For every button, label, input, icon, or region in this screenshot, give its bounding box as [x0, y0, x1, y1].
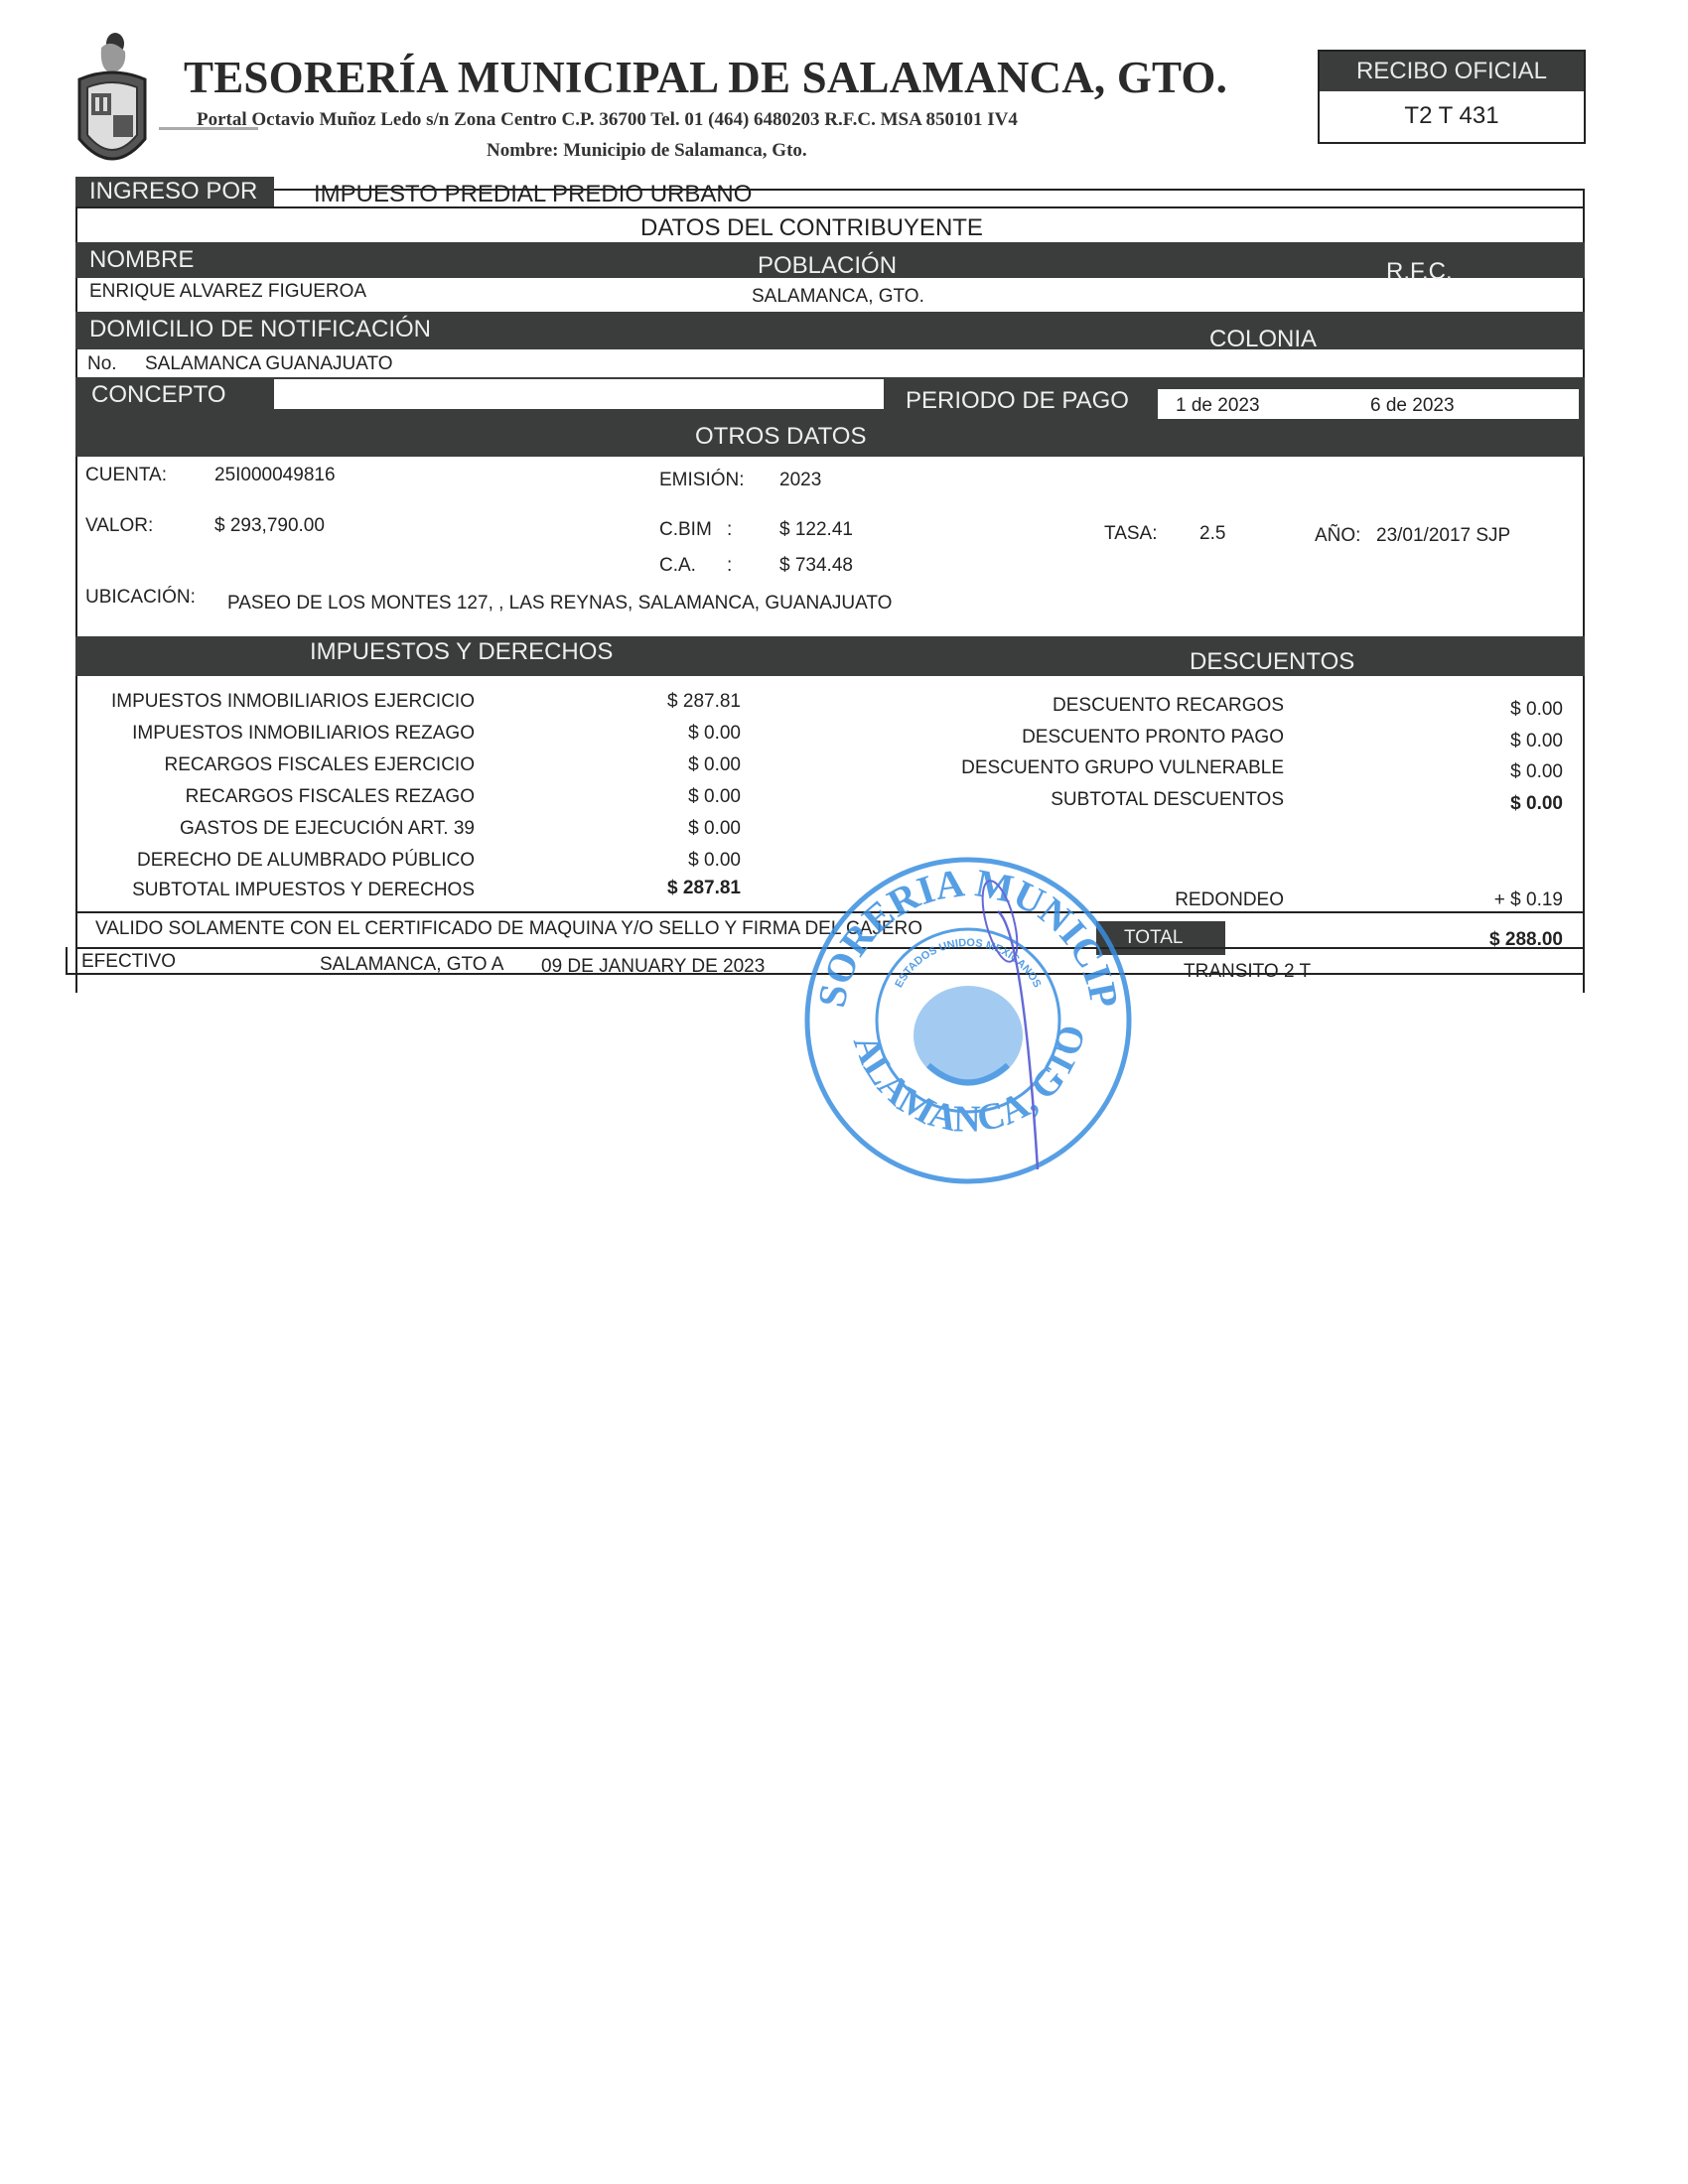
cbim-label: C.BIM	[659, 519, 712, 541]
svg-text:ESTADOS UNIDOS MEXICANOS: ESTADOS UNIDOS MEXICANOS	[893, 937, 1043, 990]
impuestos-title: IMPUESTOS Y DERECHOS	[310, 638, 613, 666]
redondeo-label: REDONDEO	[1092, 889, 1284, 911]
row-divider	[75, 206, 1585, 208]
ca-label: C.A.	[659, 555, 696, 577]
emision-label: EMISIÓN:	[659, 470, 745, 491]
periodo-from: 1 de 2023	[1176, 395, 1260, 417]
impuesto-item-label: DERECHO DE ALUMBRADO PÚBLICO	[79, 850, 475, 872]
receipt-number: T2 T 431	[1320, 91, 1584, 142]
contribuyente-section-title: DATOS DEL CONTRIBUYENTE	[640, 214, 983, 242]
total-label: TOTAL	[1096, 921, 1225, 955]
row-divider	[66, 947, 68, 975]
periodo-value-box: 1 de 2023 6 de 2023	[1158, 389, 1579, 419]
official-seal-stamp-icon: TESORERIA MUNICIPAL SALAMANCA, GTO. ESTA…	[799, 852, 1137, 1189]
payment-method: EFECTIVO	[81, 951, 176, 973]
impuesto-item-label: GASTOS DE EJECUCIÓN ART. 39	[79, 818, 475, 840]
concepto-band: CONCEPTO PERIODO DE PAGO 1 de 2023 6 de …	[75, 377, 1585, 425]
tasa-label: TASA:	[1104, 523, 1158, 545]
row-divider	[75, 911, 1585, 913]
page-title: TESORERÍA MUNICIPAL DE SALAMANCA, GTO.	[184, 52, 1227, 103]
ca-value: $ 734.48	[779, 555, 853, 577]
redondeo-value: + $ 0.19	[1430, 889, 1563, 911]
cbim-value: $ 122.41	[779, 519, 853, 541]
cuenta-value: 25I000049816	[214, 465, 336, 486]
descuento-item-value: $ 0.00	[1430, 761, 1563, 783]
row-divider	[1583, 947, 1585, 993]
poblacion-value: SALAMANCA, GTO.	[752, 286, 924, 308]
contribuyente-header-band: NOMBRE POBLACIÓN R.F.C.	[75, 242, 1585, 278]
rfc-label: R.F.C.	[1386, 258, 1453, 286]
concepto-label: CONCEPTO	[91, 381, 226, 409]
frame-right-border	[1583, 189, 1585, 993]
descuento-item-value: $ 0.00	[1430, 731, 1563, 752]
impuestos-subtotal-label: SUBTOTAL IMPUESTOS Y DERECHOS	[79, 880, 475, 901]
ingreso-label: INGRESO POR	[75, 177, 274, 206]
validity-note: VALIDO SOLAMENTE CON EL CERTIFICADO DE M…	[95, 918, 922, 940]
cbim-colon: :	[727, 519, 732, 541]
nombre-value: ENRIQUE ALVAREZ FIGUEROA	[89, 281, 366, 303]
coat-of-arms-icon	[71, 30, 153, 179]
cashier-name: TRANSITO 2 T	[1184, 961, 1311, 983]
impuesto-item-label: IMPUESTOS INMOBILIARIOS EJERCICIO	[79, 691, 475, 713]
row-divider	[66, 973, 1585, 975]
domicilio-value: SALAMANCA GUANAJUATO	[145, 353, 393, 375]
address-line: Portal Octavio Muñoz Ledo s/n Zona Centr…	[197, 109, 1018, 131]
descuentos-subtotal-label: SUBTOTAL DESCUENTOS	[943, 789, 1284, 811]
descuento-item-label: DESCUENTO PRONTO PAGO	[894, 727, 1284, 749]
domicilio-label: DOMICILIO DE NOTIFICACIÓN	[89, 316, 431, 343]
ca-colon: :	[727, 555, 732, 577]
descuento-item-value: $ 0.00	[1430, 699, 1563, 721]
row-divider	[75, 947, 1585, 949]
periodo-to: 6 de 2023	[1370, 395, 1455, 417]
impuesto-item-label: RECARGOS FISCALES EJERCICIO	[79, 754, 475, 776]
svg-text:SALAMANCA, GTO.: SALAMANCA, GTO.	[799, 852, 1094, 1141]
ubicacion-value: PASEO DE LOS MONTES 127, , LAS REYNAS, S…	[227, 593, 892, 614]
anio-value: 23/01/2017 SJP	[1376, 525, 1510, 547]
impuesto-item-value: $ 0.00	[596, 786, 741, 808]
emision-value: 2023	[779, 470, 821, 491]
cuenta-label: CUENTA:	[85, 465, 167, 486]
receipt-number-box: RECIBO OFICIAL T2 T 431	[1318, 50, 1586, 144]
domicilio-prefix: No.	[87, 353, 117, 375]
concepto-value-box	[274, 379, 884, 409]
impuesto-item-value: $ 0.00	[596, 850, 741, 872]
descuento-item-label: DESCUENTO RECARGOS	[894, 695, 1284, 717]
impuestos-subtotal-value: $ 287.81	[596, 878, 741, 899]
descuento-item-label: DESCUENTO GRUPO VULNERABLE	[894, 757, 1284, 779]
impuesto-item-value: $ 0.00	[596, 754, 741, 776]
impuesto-item-label: IMPUESTOS INMOBILIARIOS REZAGO	[79, 723, 475, 745]
otros-datos-band: OTROS DATOS	[75, 421, 1585, 457]
tasa-value: 2.5	[1199, 523, 1225, 545]
descuentos-title: DESCUENTOS	[1190, 648, 1354, 676]
impuesto-item-label: RECARGOS FISCALES REZAGO	[79, 786, 475, 808]
impuesto-item-value: $ 0.00	[596, 818, 741, 840]
periodo-label: PERIODO DE PAGO	[906, 387, 1129, 415]
impuesto-item-value: $ 287.81	[596, 691, 741, 713]
ingreso-value: IMPUESTO PREDIAL PREDIO URBANO	[314, 181, 752, 208]
valor-label: VALOR:	[85, 515, 153, 537]
frame-left-border	[75, 189, 77, 993]
anio-label: AÑO:	[1315, 525, 1360, 547]
domicilio-header-band: DOMICILIO DE NOTIFICACIÓN COLONIA	[75, 312, 1585, 349]
poblacion-label: POBLACIÓN	[758, 252, 897, 280]
impuesto-item-value: $ 0.00	[596, 723, 741, 745]
receipt-label: RECIBO OFICIAL	[1320, 52, 1584, 91]
descuentos-subtotal-value: $ 0.00	[1430, 793, 1563, 815]
valor-value: $ 293,790.00	[214, 515, 325, 537]
otros-datos-title: OTROS DATOS	[695, 423, 866, 451]
impuestos-descuentos-band: IMPUESTOS Y DERECHOS DESCUENTOS	[75, 636, 1585, 676]
nombre-label: NOMBRE	[89, 246, 194, 274]
colonia-label: COLONIA	[1209, 326, 1317, 353]
ubicacion-label: UBICACIÓN:	[85, 587, 196, 609]
entity-name-line: Nombre: Municipio de Salamanca, Gto.	[487, 140, 807, 162]
